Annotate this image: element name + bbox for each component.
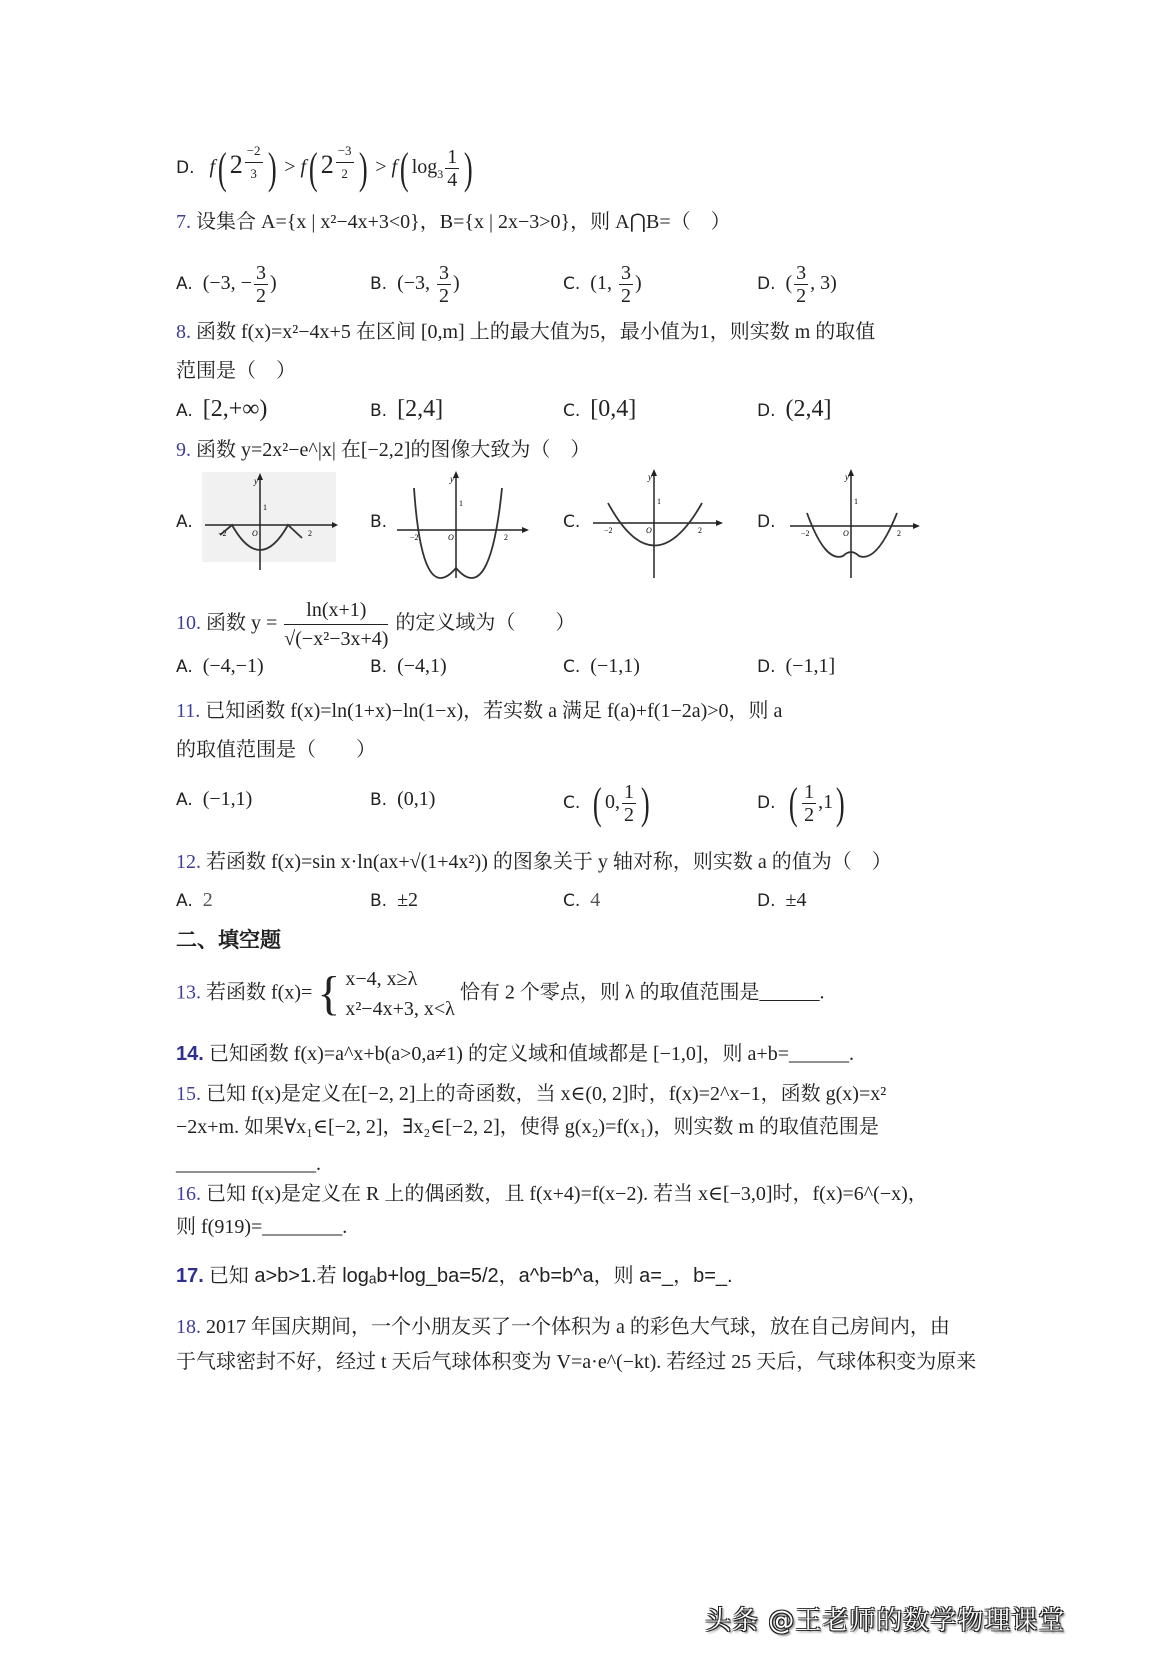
question-stem: 函数 y=2x²−e^|x| 在[−2,2]的图像大致为（ ） [196,439,590,461]
q10-option-d[interactable]: D.(−1,1] [757,655,835,678]
q8-option-b[interactable]: B.[2,4] [370,396,443,423]
q7-option-c[interactable]: C.(1, 32) [563,262,642,307]
q16-stem-line1: 16. 已知 f(x)是定义在 R 上的偶函数，且 f(x+4)=f(x−2).… [176,1180,928,1208]
svg-text:−2: −2 [604,526,613,535]
q10-option-a[interactable]: A.(−4,−1) [176,655,264,678]
svg-text:2: 2 [897,529,901,538]
question-stem: 已知 f(x)是定义在[−2, 2]上的奇函数，当 x∈(0, 2]时，f(x)… [206,1083,886,1105]
q18-stem-line2: 于气球密封不好，经过 t 天后气球体积变为 V=a·e^(−kt). 若经过 2… [176,1348,976,1376]
svg-text:2: 2 [698,526,702,535]
svg-text:−2: −2 [801,529,810,538]
piecewise-cases: x−4, x≥λ x²−4x+3, x<λ [345,964,455,1024]
svg-text:1: 1 [657,497,661,506]
question-number: 12. [176,851,201,873]
q9-graph-d: y 1 −2 O 2 [785,468,925,580]
question-number: 11. [176,700,200,722]
question-stem: 设集合 A={x | x²−4x+3<0}，B={x | 2x−3>0}，则 A… [196,211,731,233]
svg-text:O: O [448,533,454,542]
question-number: 14. [176,1043,204,1065]
q11-option-b[interactable]: B.(0,1) [370,788,435,811]
q10-stem: 10. 函数 y = ln(x+1) √(−x²−3x+4) 的定义域为（ ） [176,596,575,653]
question-number: 8. [176,321,191,343]
watermark: 头条 @王老师的数学物理课堂 [705,1600,1065,1637]
svg-text:1: 1 [263,503,267,512]
question-stem: 2017 年国庆期间，一个小朋友买了一个体积为 a 的彩色大气球，放在自己房间内… [206,1316,950,1338]
q6-option-d: D. f(2−23) > f(2−32) > f(log314) [176,146,476,191]
svg-text:1: 1 [854,497,858,506]
question-number: 13. [176,982,201,1004]
question-number: 16. [176,1183,201,1205]
svg-text:O: O [646,526,652,535]
svg-text:O: O [252,529,258,538]
q9-option-d[interactable]: D. [757,510,786,533]
q12-option-b[interactable]: B.±2 [370,889,418,912]
q15-stem-line2: −2x+m. 如果∀x₁∈[−2, 2]，∃x₂∈[−2, 2]，使得 g(x₂… [176,1113,879,1141]
svg-text:O: O [843,529,849,538]
q8-option-c[interactable]: C.[0,4] [563,396,636,423]
q11-option-a[interactable]: A.(−1,1) [176,788,252,811]
q8-stem-line2: 范围是（ ） [176,357,296,385]
q9-graph-b: y 1 −2 O 2 [392,468,532,580]
question-number: 7. [176,211,191,233]
q12-option-a[interactable]: A.2 [176,889,213,912]
question-stem: 函数 f(x)=x²−4x+5 在区间 [0,m] 上的最大值为5，最小值为1，… [196,321,875,343]
q7-option-a[interactable]: A.(−3, −32) [176,262,277,307]
q11-stem-line2: 的取值范围是（ ） [176,736,376,764]
q11-stem-line1: 11. 已知函数 f(x)=ln(1+x)−ln(1−x)，若实数 a 满足 f… [176,697,782,725]
q8-stem-line1: 8. 函数 f(x)=x²−4x+5 在区间 [0,m] 上的最大值为5，最小值… [176,318,875,346]
question-stem: 若函数 f(x)=sin x·ln(ax+√(1+4x²)) 的图象关于 y 轴… [206,851,892,873]
q7-stem: 7. 设集合 A={x | x²−4x+3<0}，B={x | 2x−3>0}，… [176,208,731,236]
q8-option-d[interactable]: D.(2,4] [757,396,831,423]
svg-text:y: y [449,474,454,484]
q10-fraction: ln(x+1) √(−x²−3x+4) [284,596,388,653]
svg-text:y: y [647,472,652,482]
option-label: D. [176,158,195,178]
svg-text:y: y [844,472,849,482]
svg-text:2: 2 [504,533,508,542]
q9-stem: 9. 函数 y=2x²−e^|x| 在[−2,2]的图像大致为（ ） [176,436,590,464]
q14-stem: 14. 已知函数 f(x)=a^x+b(a>0,a≠1) 的定义域和值域都是 [… [176,1040,854,1068]
q15-answer-blank[interactable]: ______________. [176,1150,321,1178]
q17-stem: 17. 已知 a>b>1.若 logₐb+log_ba=5/2，a^b=b^a，… [176,1262,733,1290]
q9-graph-c: y 1 −2 O 2 [588,468,728,580]
question-stem: 已知 a>b>1.若 logₐb+log_ba=5/2，a^b=b^a，则 a=… [209,1265,733,1287]
svg-text:−2: −2 [410,533,419,542]
question-stem: 已知 f(x)是定义在 R 上的偶函数，且 f(x+4)=f(x−2). 若当 … [206,1183,928,1205]
q12-stem: 12. 若函数 f(x)=sin x·ln(ax+√(1+4x²)) 的图象关于… [176,848,892,876]
q9-graph-a: y 1 −2 O 2 [200,470,340,580]
question-number: 18. [176,1316,201,1338]
section-title: 二、填空题 [176,924,281,954]
question-number: 10. [176,612,201,634]
q12-option-c[interactable]: C.4 [563,889,600,912]
question-number: 9. [176,439,191,461]
q9-option-a[interactable]: A. [176,510,203,533]
q8-option-a[interactable]: A.[2,+∞) [176,396,267,423]
q13-stem: 13. 若函数 f(x)= { x−4, x≥λ x²−4x+3, x<λ 恰有… [176,964,825,1024]
question-stem: 已知函数 f(x)=ln(1+x)−ln(1−x)，若实数 a 满足 f(a)+… [205,700,782,722]
question-number: 15. [176,1083,201,1105]
svg-text:1: 1 [459,499,463,508]
svg-text:y: y [253,476,258,486]
question-number: 17. [176,1265,204,1287]
q12-option-d[interactable]: D.±4 [757,889,806,912]
q10-option-c[interactable]: C.(−1,1) [563,655,640,678]
q7-option-d[interactable]: D.(32, 3) [757,262,837,307]
exam-page: D. f(2−23) > f(2−32) > f(log314) 7. 设集合 … [0,0,1156,1659]
question-stem: 已知函数 f(x)=a^x+b(a>0,a≠1) 的定义域和值域都是 [−1,0… [209,1043,854,1065]
q11-option-d[interactable]: D.(12,1) [757,778,848,829]
q11-option-c[interactable]: C.(0,12) [563,778,653,829]
q9-option-c[interactable]: C. [563,510,590,533]
q16-stem-line2: 则 f(919)=________. [176,1213,347,1241]
q7-option-b[interactable]: B.(−3, 32) [370,262,460,307]
q10-option-b[interactable]: B.(−4,1) [370,655,447,678]
q18-stem-line1: 18. 2017 年国庆期间，一个小朋友买了一个体积为 a 的彩色大气球，放在自… [176,1313,950,1341]
q15-stem-line1: 15. 已知 f(x)是定义在[−2, 2]上的奇函数，当 x∈(0, 2]时，… [176,1080,886,1108]
svg-text:2: 2 [308,529,312,538]
